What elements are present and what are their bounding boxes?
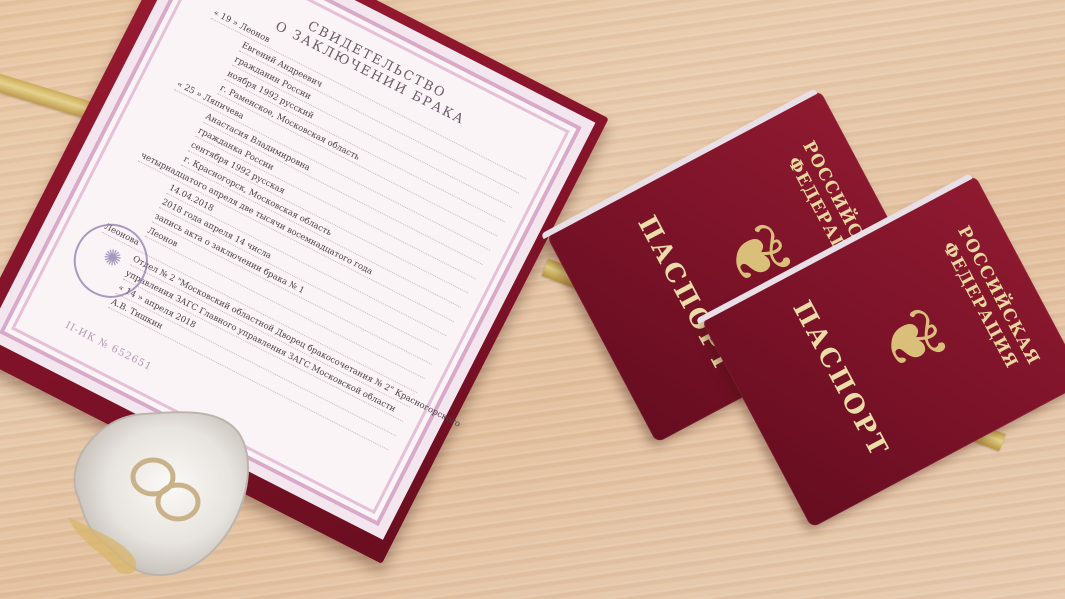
heart-dish: two wedding rings bbox=[58, 402, 258, 582]
certificate-serial: II-ИК № 652651 bbox=[63, 320, 153, 373]
heart-dish-icon bbox=[58, 402, 258, 582]
certificate-fields: « 19 » ЛеоновЕвгений Андреевичгражданин … bbox=[55, 0, 532, 450]
